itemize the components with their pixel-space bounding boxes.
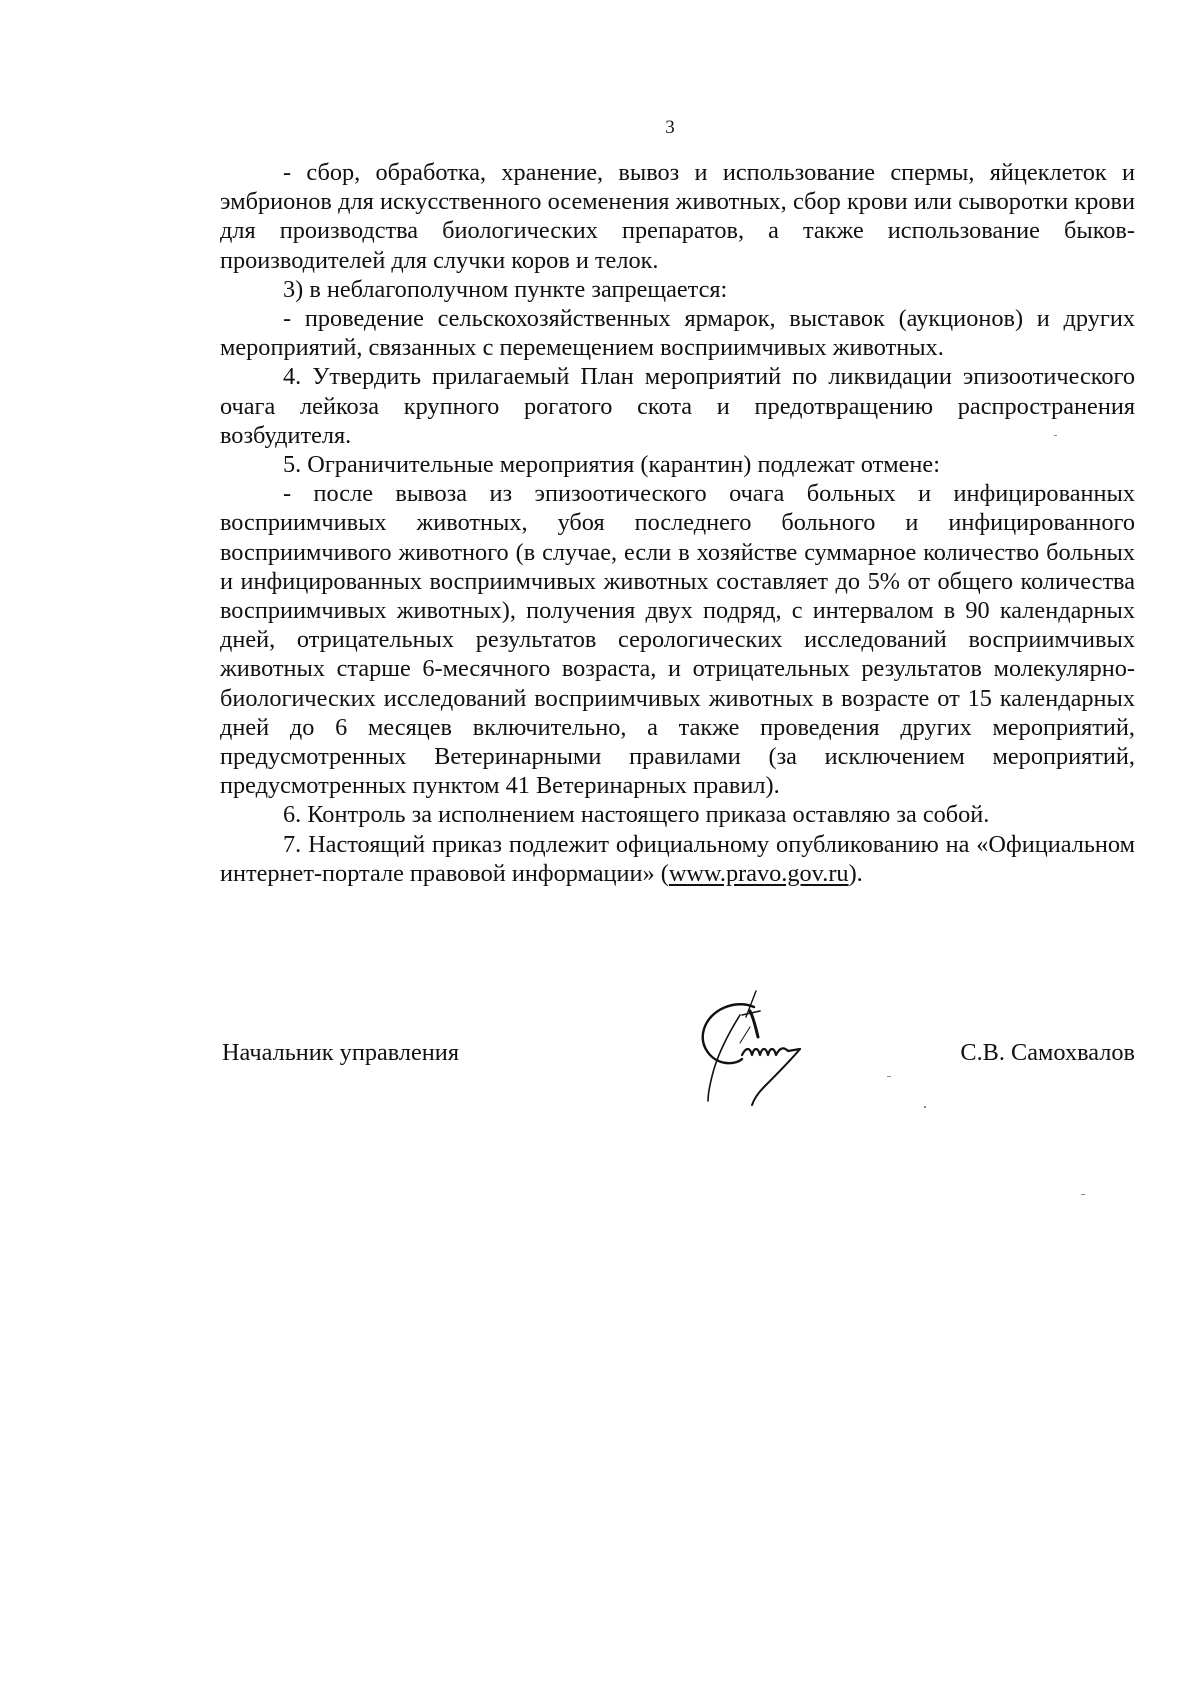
scan-speck [887,1076,891,1077]
document-body: - сбор, обработка, хранение, вывоз и исп… [220,158,1135,888]
paragraph-7-publication: 7. Настоящий приказ подлежит официальном… [220,830,1135,888]
paragraph-4-approve-plan: 4. Утвердить прилагаемый План мероприяти… [220,362,1135,450]
scan-speck [1081,1194,1085,1195]
handwritten-signature-icon [696,985,856,1115]
scan-speck [924,1106,926,1108]
page-number: 3 [0,116,1200,140]
paragraph-6-control: 6. Контроль за исполнением настоящего пр… [220,800,1135,829]
paragraph-5-conditions: - после вывоза из эпизоотического очага … [220,479,1135,800]
paragraph-5-quarantine-lifting: 5. Ограничительные мероприятия (карантин… [220,450,1135,479]
signature-block: Начальник управления С.В. Самохвалов [222,1038,1135,1074]
pravo-gov-link[interactable]: www.pravo.gov.ru [669,860,849,887]
paragraph-collection-restrictions: - сбор, обработка, хранение, вывоз и исп… [220,158,1135,275]
signer-position: Начальник управления [222,1038,459,1068]
paragraph-7-tail: ). [849,860,863,887]
scan-speck [1054,435,1057,436]
signer-name: С.В. Самохвалов [960,1038,1135,1068]
paragraph-3-prohibitions-heading: 3) в неблагополучном пункте запрещается: [220,275,1135,304]
paragraph-fairs-prohibition: - проведение сельскохозяйственных ярмаро… [220,304,1135,362]
